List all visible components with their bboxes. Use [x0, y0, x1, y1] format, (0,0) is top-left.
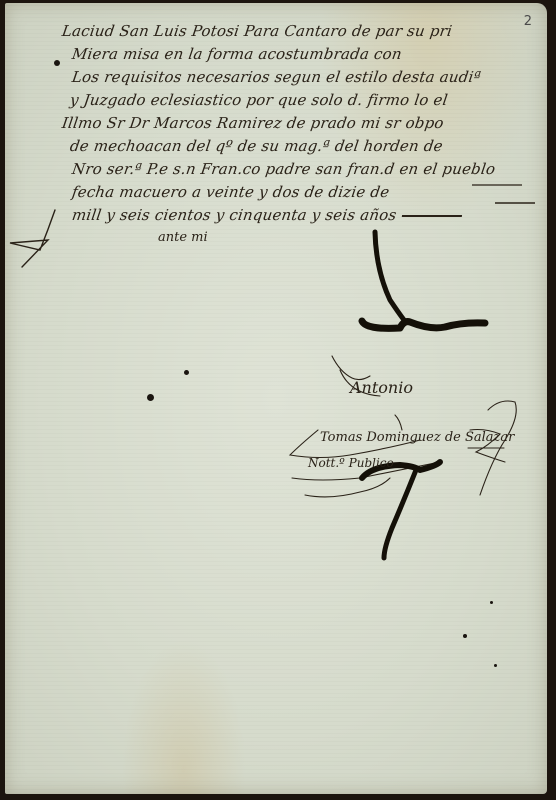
manuscript-line: mill y seis cientos y cinquenta y seis a… [60, 204, 533, 227]
ink-dot [54, 60, 60, 66]
signature-name-line-2: Tomas Dominguez de Salazar [320, 430, 514, 445]
manuscript-line: Illmo Sr Dr Marcos Ramirez de prado mi s… [60, 112, 533, 135]
ink-dot [494, 664, 497, 667]
manuscript-line: de mechoacan del qº de su mag.ª del hord… [60, 135, 533, 158]
ink-dot [463, 634, 467, 638]
manuscript-line: y Juzgado eclesiastico por que solo d. f… [60, 89, 533, 112]
signature-name-line-3: Nott.º Publico [308, 456, 394, 470]
manuscript-body: Laciud San Luis Potosi Para Cantaro de p… [62, 20, 532, 227]
signature-name-line-1: Antonio [350, 378, 413, 397]
manuscript-line: fecha macuero a veinte y dos de dizie de [60, 181, 533, 204]
manuscript-line: Nro ser.ª P.e s.n Fran.co padre san fran… [60, 158, 533, 181]
margin-note: ante mi [158, 230, 208, 245]
ink-dot [490, 601, 493, 604]
manuscript-line: Miera misa en la forma acostumbrada con [60, 43, 533, 66]
manuscript-line: Laciud San Luis Potosi Para Cantaro de p… [60, 20, 533, 43]
manuscript-line: Los requisitos necesarios segun el estil… [60, 66, 533, 89]
ink-dot [184, 370, 189, 375]
ink-dot [147, 394, 154, 401]
